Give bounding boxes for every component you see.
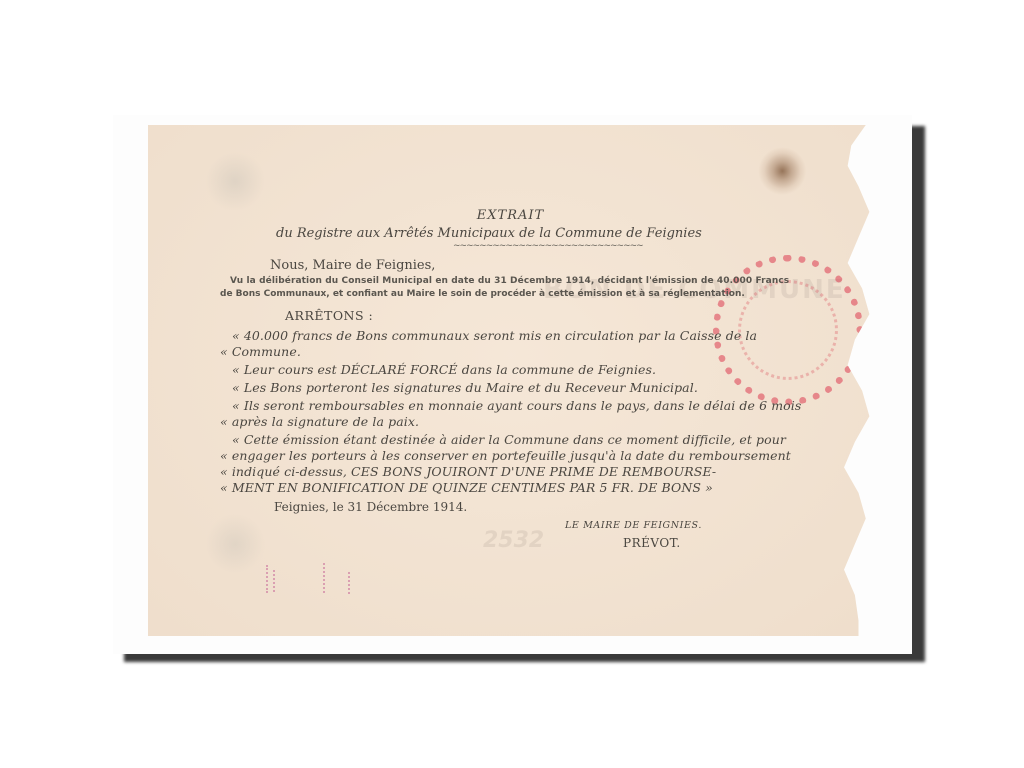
- decree-line: « Ils seront remboursables en monnaie ay…: [232, 398, 801, 413]
- decree-line: « engager les porteurs à les conserver e…: [220, 448, 791, 463]
- decree-line: « indiqué ci-dessus, CES BONS JOUIRONT D…: [220, 464, 716, 479]
- ornament-divider: ~~~~~~~~~~~~~~~~~~~~~~~~~~~~~: [453, 241, 643, 251]
- preamble-line-1: Vu la délibération du Conseil Municipal …: [230, 276, 789, 286]
- document-title: EXTRAIT: [148, 208, 873, 223]
- decree-line: « 40.000 francs de Bons communaux seront…: [232, 328, 757, 343]
- bond-paper: BON DE COMMUNE 2532 EXTRAIT du Registre …: [148, 125, 873, 636]
- signatory-name: PRÉVOT.: [623, 536, 681, 550]
- ink-mark: [348, 572, 352, 594]
- place-date: Feignies, le 31 Décembre 1914.: [274, 500, 467, 514]
- ink-mark: [266, 565, 270, 593]
- document-subtitle: du Registre aux Arrêtés Municipaux de la…: [276, 226, 702, 241]
- ink-mark: [323, 563, 327, 593]
- decree-line: « MENT EN BONIFICATION DE QUINZE CENTIME…: [220, 480, 713, 495]
- decree-line: « Leur cours est DÉCLARÉ FORCÉ dans la c…: [232, 362, 656, 377]
- preamble-line-2: de Bons Communaux, et confiant au Maire …: [220, 289, 745, 299]
- decree-line: « après la signature de la paix.: [220, 414, 419, 429]
- decree-line: « Commune.: [220, 344, 301, 359]
- decree-line: « Les Bons porteront les signatures du M…: [232, 380, 698, 395]
- salutation: Nous, Maire de Feignies,: [270, 258, 435, 273]
- decree-line: « Cette émission étant destinée à aider …: [232, 432, 786, 447]
- decree-heading: ARRÊTONS :: [285, 308, 373, 323]
- signatory-title: LE MAIRE DE FEIGNIES.: [565, 520, 702, 531]
- bleed-through-serial: 2532: [483, 528, 544, 553]
- ink-mark: [273, 570, 277, 592]
